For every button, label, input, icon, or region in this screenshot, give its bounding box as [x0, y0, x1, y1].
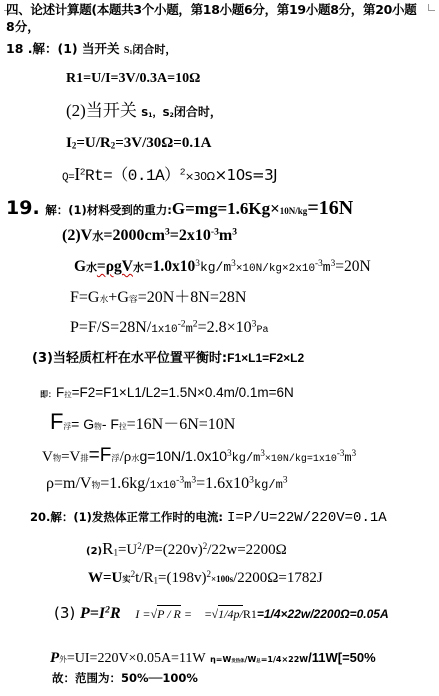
- q18-part2: (2)当开关 S1，S2闭合时，: [66, 102, 222, 119]
- q19-eq-volume-object: V物=V排=F浮/ρ水g=10N/1.0x103kg/m3×10N/kg=1x1…: [42, 446, 356, 465]
- q20-conclusion: 故：范围为：50%──100%: [52, 673, 198, 685]
- q19-eq-weight-water: G水=ρgV水=1.0x103kg/m3×10N/kg×2x10-3m3=20N: [74, 259, 371, 275]
- q20-eq-work: W=U实2t/R1=(198v)2×100s/2200Ω=1782J: [88, 571, 323, 586]
- q19-intro: 19. 解：(1)材料受到的重力:G=mg=1.6Kg×10N/kg=16N: [6, 198, 353, 218]
- section-heading: 四、论述计算题(本题共3个小题，第18小题6分，第19小题8分，第20小题: [6, 4, 416, 17]
- q19-eq-pull: 即：F拉=F2=F1×L1/L2=1.5N×0.4m/0.1m=6N: [40, 386, 294, 400]
- q20-eq-power: P外=UI=220V×0.05A=11W η=W发热体/W总=1/4×22W/1…: [50, 651, 376, 666]
- q19-eq-density: ρ=m/V物=1.6kg/1x10-3m3=1.6x103kg/m3: [46, 476, 288, 492]
- q19-eq-pressure: P=F/S=28N/1x10-2m2=2.8×103Pa: [70, 320, 268, 336]
- section-heading-cont: 8分，: [6, 21, 40, 34]
- q20-intro: 20.解：(1)发热体正常工作时的电流: I=P/U=22W/220V=0.1A: [30, 511, 387, 525]
- q20-number: 20: [30, 510, 46, 524]
- q20-part3: (3) P=I2R I =√P / R = =√1/4p/R1=1/4×22w/…: [54, 606, 389, 622]
- q20-eq-resistance: (2)R1=U2/P=(220v)2/22w=2200Ω: [86, 540, 287, 558]
- q18-number: 18: [6, 41, 23, 56]
- q19-part3: (3)当轻质杠杆在水平位置平衡时:F1×L1=F2×L2: [32, 352, 304, 365]
- q19-eq-volume: (2)V水=2000cm3=2x10-3m3: [62, 228, 237, 244]
- q18-intro: 18 .解：(1) 当开关 S1闭合时，: [6, 43, 176, 56]
- q18-eq-i2: I2=U/R2=3V/30Ω=0.1A: [66, 136, 211, 151]
- q18-eq-heat: Q=I2Rt=（0.1A）2×30Ω×10s=3J: [62, 165, 277, 184]
- q19-eq-force: F=G水+G容=20N＋8N=28N: [70, 290, 246, 306]
- q19-eq-buoyancy: F浮= G物- F拉=16N－6N=10N: [50, 411, 235, 433]
- spellcheck-underlined-text: =ρgV: [97, 258, 133, 275]
- q18-eq-r1: R1=U/I=3V/0.3A=10Ω: [66, 72, 200, 86]
